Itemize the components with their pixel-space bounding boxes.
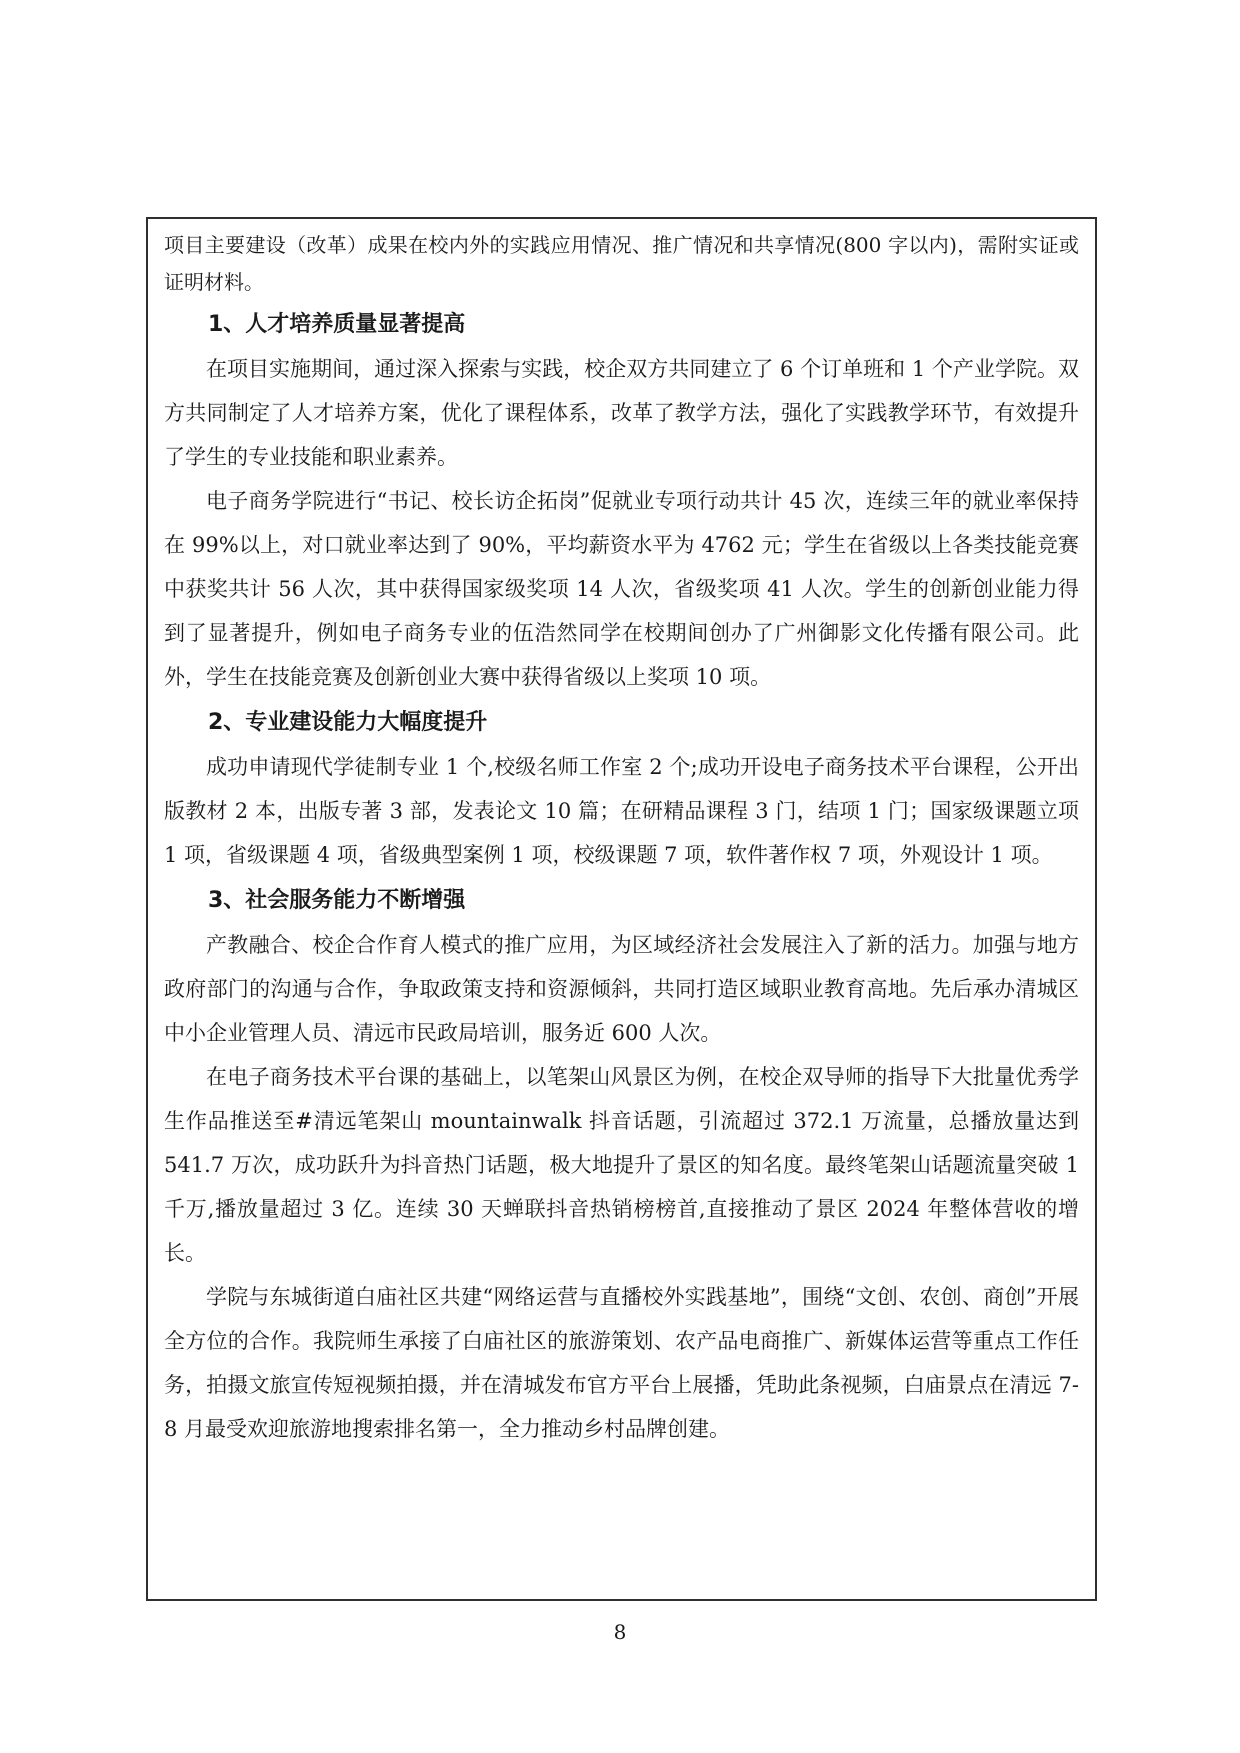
document-page: 项目主要建设（改革）成果在校内外的实践应用情况、推广情况和共享情况(800 字以…: [0, 0, 1240, 1753]
section-3-paragraph-2: 在电子商务技术平台课的基础上，以笔架山风景区为例，在校企双导师的指导下大批量优秀…: [164, 1055, 1079, 1275]
section-3-paragraph-1: 产教融合、校企合作育人模式的推广应用，为区域经济社会发展注入了新的活力。加强与地…: [164, 923, 1079, 1055]
section-3-heading: 3、社会服务能力不断增强: [164, 877, 1079, 923]
section-2-heading: 2、专业建设能力大幅度提升: [164, 699, 1079, 745]
cell-prompt-text: 项目主要建设（改革）成果在校内外的实践应用情况、推广情况和共享情况(800 字以…: [164, 227, 1079, 301]
section-1-paragraph-1: 在项目实施期间，通过深入探索与实践，校企双方共同建立了 6 个订单班和 1 个产…: [164, 347, 1079, 479]
section-2-paragraph-1: 成功申请现代学徒制专业 1 个,校级名师工作室 2 个;成功开设电子商务技术平台…: [164, 745, 1079, 877]
form-table-cell: 项目主要建设（改革）成果在校内外的实践应用情况、推广情况和共享情况(800 字以…: [146, 217, 1097, 1601]
page-number: 8: [0, 1620, 1240, 1644]
section-1-heading: 1、人才培养质量显著提高: [164, 301, 1079, 347]
section-1-paragraph-2: 电子商务学院进行“书记、校长访企拓岗”促就业专项行动共计 45 次，连续三年的就…: [164, 479, 1079, 699]
section-3-paragraph-3: 学院与东城街道白庙社区共建“网络运营与直播校外实践基地”，围绕“文创、农创、商创…: [164, 1275, 1079, 1451]
